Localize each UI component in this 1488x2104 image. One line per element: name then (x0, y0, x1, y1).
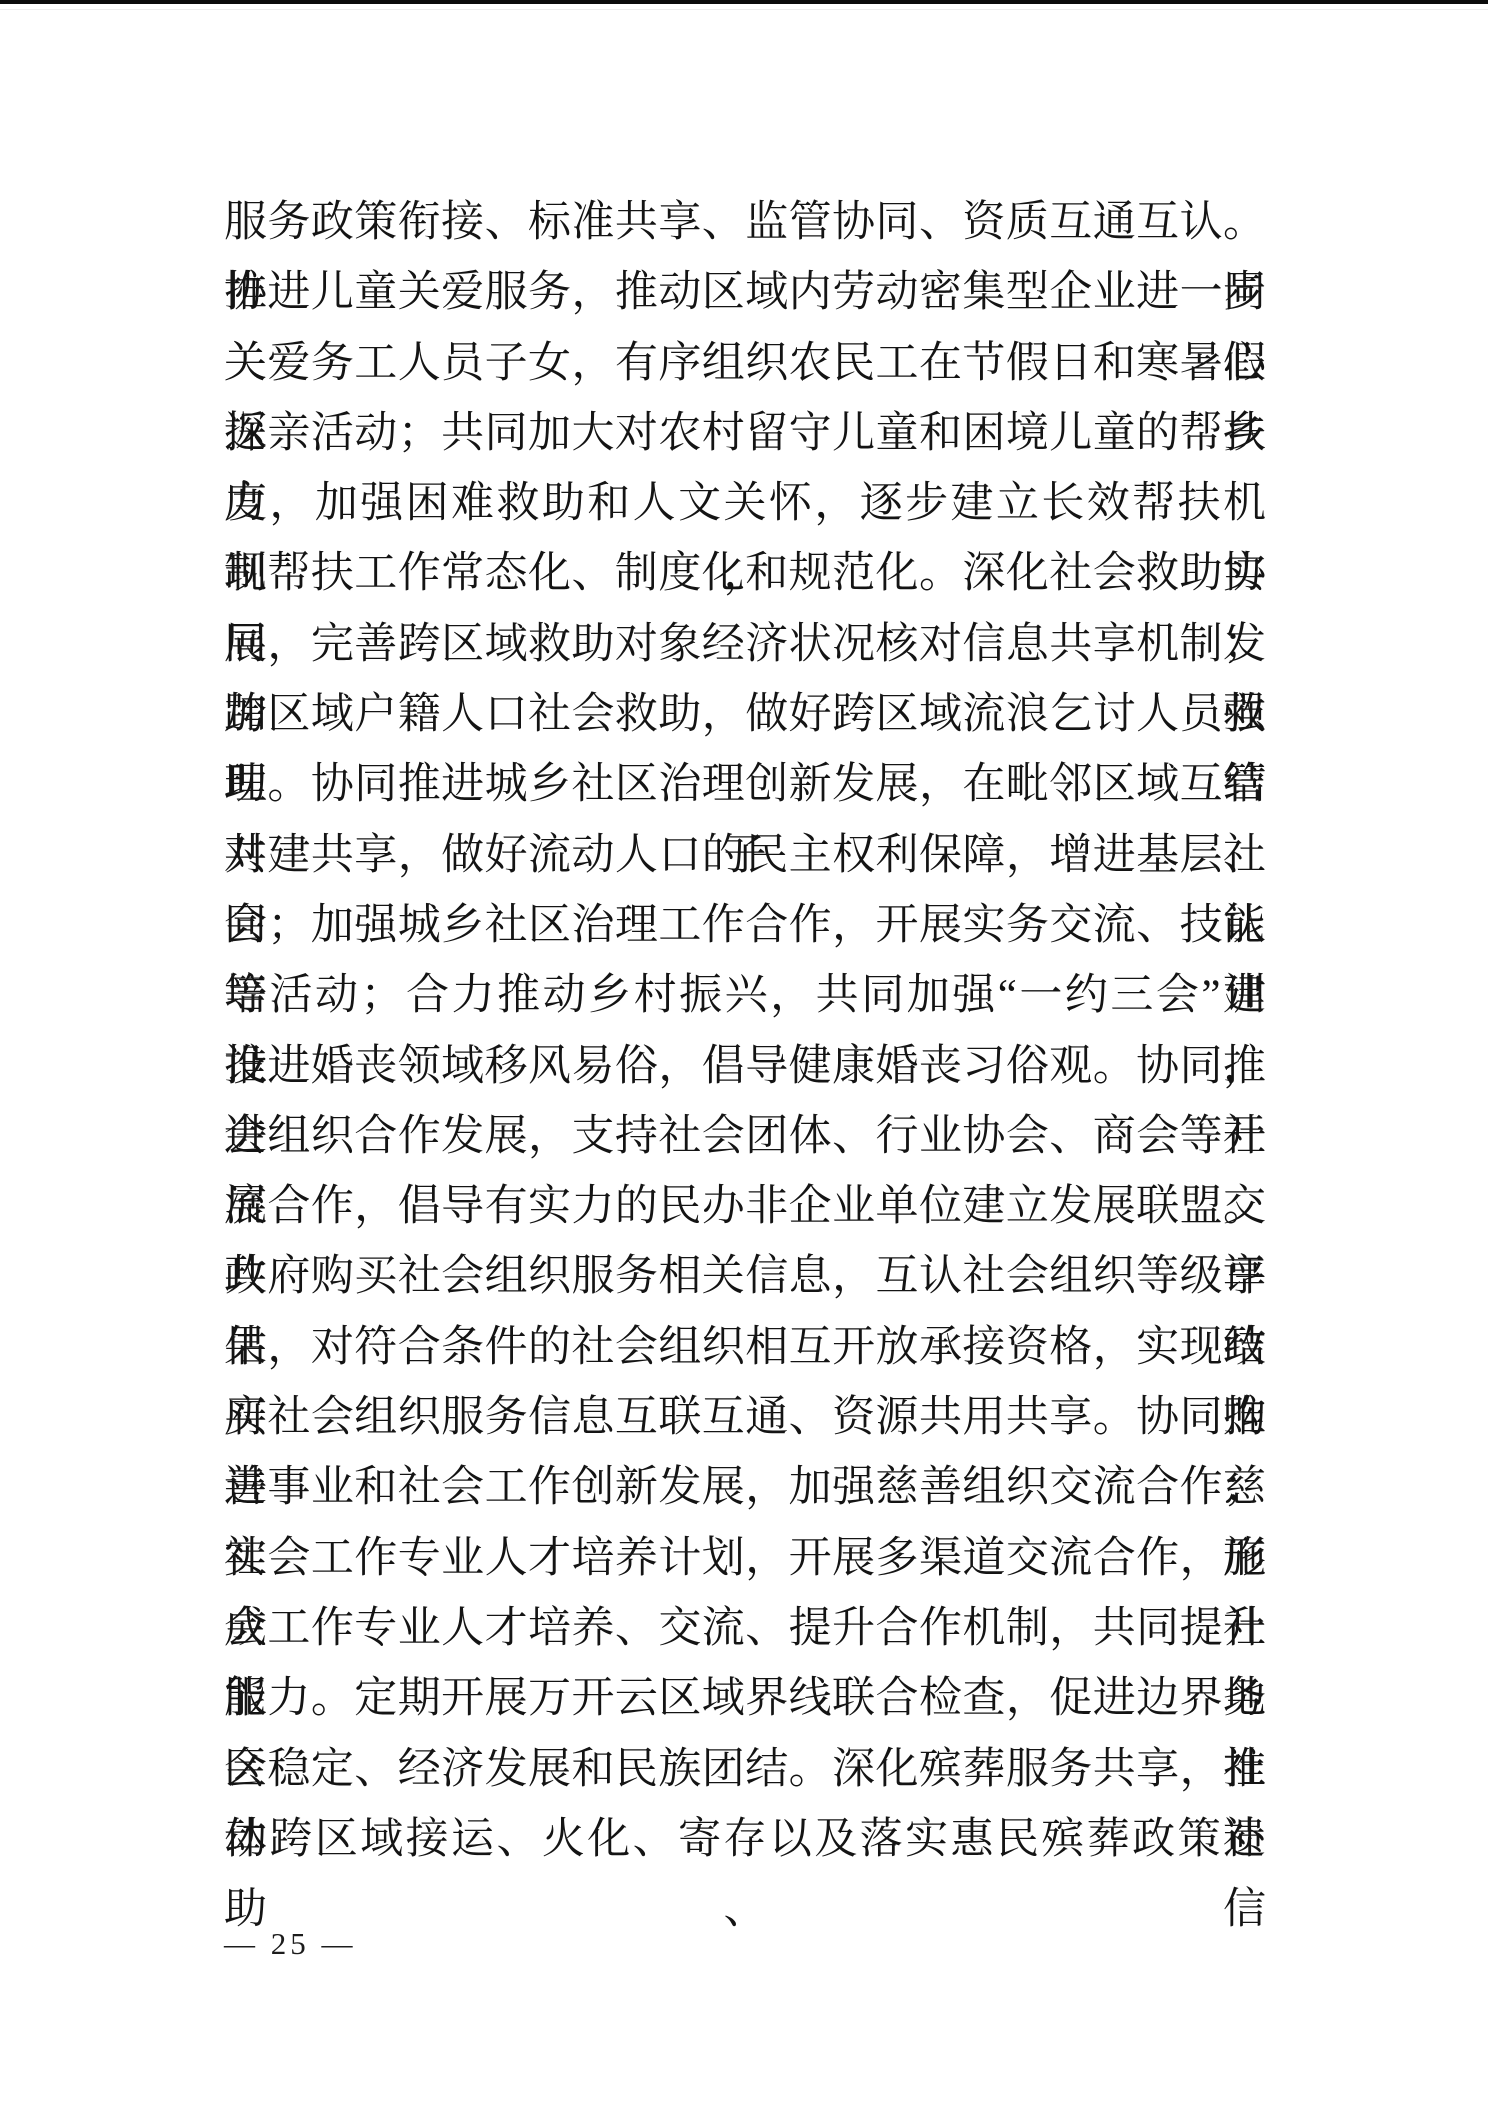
text-line: 展，完善跨区域救助对象经济状况核对信息共享机制；加强 (224, 610, 1266, 680)
text-line: 会稳定、经济发展和民族团结。深化殡葬服务共享，推动遗 (224, 1735, 1266, 1805)
text-line: 理。协同推进城乡社区治理创新发展，在毗邻区域互结对子、 (224, 750, 1266, 820)
text-line: 跨区域户籍人口社会救助，做好跨区域流浪乞讨人员救助管 (224, 680, 1266, 750)
text-line: 能力。定期开展万开云区域界线联合检查，促进边界地区社 (224, 1664, 1266, 1734)
text-line: 流合作，倡导有实力的民办非企业单位建立发展联盟。共享 (224, 1172, 1266, 1242)
text-line: 现帮扶工作常态化、制度化和规范化。深化社会救助协同发 (224, 539, 1266, 609)
top-border-rule (0, 0, 1488, 4)
text-line: 关爱务工人员子女，有序组织农民工在节假日和寒暑假返乡 (224, 329, 1266, 399)
text-line: 共建共享，做好流动人口的民主权利保障，增进基层社会认 (224, 821, 1266, 891)
document-body-text: 服务政策衔接、标准共享、监管协同、资质互通互认。协同推进儿童关爱服务，推动区域内… (224, 188, 1266, 1875)
text-line: 等活动；合力推动乡村振兴，共同加强“一约三会”建设， (224, 961, 1266, 1031)
text-line: 政府购买社会组织服务相关信息，互认社会组织等级评估结 (224, 1242, 1266, 1312)
text-line: 度，加强困难救助和人文关怀，逐步建立长效帮扶机制，实 (224, 469, 1266, 539)
text-line: 探亲活动；共同加大对农村留守儿童和困境儿童的帮扶力 (224, 399, 1266, 469)
page-number: — 25 — (224, 1924, 357, 1964)
top-border-hairline (0, 9, 1488, 10)
text-line: 会组织合作发展，支持社会团体、行业协会、商会等开展交 (224, 1102, 1266, 1172)
text-line: 推进儿童关爱服务，推动区域内劳动密集型企业进一步关心 (224, 258, 1266, 328)
text-line: 体跨区域接运、火化、寄存以及落实惠民殡葬政策补助、信 (224, 1805, 1266, 1875)
text-line: 善事业和社会工作创新发展，加强慈善组织交流合作；实施 (224, 1453, 1266, 1523)
text-line: 服务政策衔接、标准共享、监管协同、资质互通互认。协同 (224, 188, 1266, 258)
text-line: 买社会组织服务信息互联互通、资源共用共享。协同推进慈 (224, 1383, 1266, 1453)
text-line: 同；加强城乡社区治理工作合作，开展实务交流、技能培训 (224, 891, 1266, 961)
text-line: 果，对符合条件的社会组织相互开放承接资格，实现政府购 (224, 1313, 1266, 1383)
text-line: 推进婚丧领域移风易俗，倡导健康婚丧习俗观。协同推进社 (224, 1032, 1266, 1102)
text-line: 社会工作专业人才培养计划，开展多渠道交流合作，形成社 (224, 1524, 1266, 1594)
text-line: 会工作专业人才培养、交流、提升合作机制，共同提升服务 (224, 1594, 1266, 1664)
